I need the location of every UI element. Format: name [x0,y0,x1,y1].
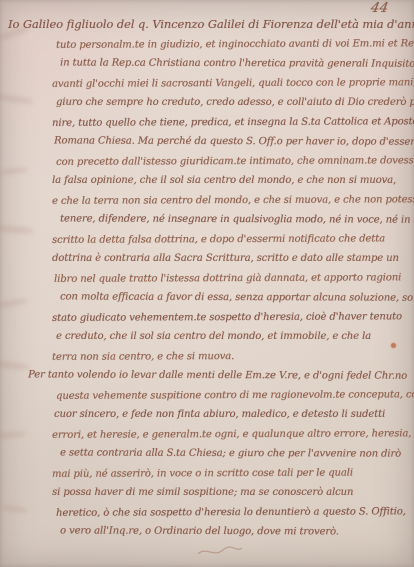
manuscript-line: e che la terra non sia centro del mondo,… [52,190,414,211]
manuscript-line: Romana Chiesa. Ma perché da questo S. Of… [54,131,414,152]
manuscript-line: avanti gl'occhi miei li sacrosanti Vange… [52,73,414,94]
manuscript-line: con precetto dall'istesso giuridicam.te … [56,151,414,172]
manuscript-line: o vero all'Inq.re, o Ordinario del luogo… [60,521,414,542]
manuscript-line: la falsa opinione, che il sol sia centro… [52,171,414,191]
show-through-mark [0,360,30,371]
manuscript-line: e setta contraria alla S.ta Chiesa; e gi… [60,443,414,464]
manuscript-page-photo: 44 Io Galileo figliuolo del q. Vincenzo … [0,0,414,567]
manuscript-line: tuto personalm.te in giudizio, et ingino… [56,34,414,55]
manuscript-line: Io Galileo figliuolo del q. Vincenzo Gal… [8,15,414,35]
show-through-mark [2,504,29,514]
show-through-mark [0,166,28,175]
manuscript-line: con molta efficacia a favor di essa, sen… [60,287,414,308]
manuscript-line: stato giudicato vehementem.te sospetto d… [52,307,414,328]
manuscript-line: in tutta la Rep.ca Christiana contro l'h… [60,53,414,74]
manuscript-line: mai più, né asserirò, in voce o in scrit… [52,463,414,484]
manuscript-line: libro nel quale tratto l'istessa dottrin… [54,268,414,289]
show-through-mark [0,225,34,235]
manuscript-line: terra non sia centro, e che si muova. [52,346,414,367]
manuscript-line: heretico, ò che sia sospetto d'heresia l… [56,502,414,523]
manuscript-line: Per tanto volendo io levar dalle menti d… [28,365,414,386]
folio-number: 44 [369,0,389,16]
show-through-mark [0,431,26,440]
manuscript-line: scritto la detta falsa dottrina, e dopo … [52,229,414,250]
pen-flourish-icon [196,544,244,558]
show-through-mark [0,297,28,308]
manuscript-line: giuro che sempre ho creduto, credo adess… [56,93,414,113]
manuscript-line: errori, et heresie, e generalm.te ogni, … [52,424,414,445]
manuscript-line: si possa haver di me simil sospitione; m… [52,483,414,503]
manuscript-line: e creduto, che il sol sia centro del mon… [56,327,414,347]
manuscript-lines: Io Galileo figliuolo del q. Vincenzo Gal… [52,15,414,542]
ink-stain-dot [391,343,396,348]
manuscript-line: dottrina è contraria alla Sacra Scrittur… [52,249,414,269]
manuscript-line: cuor sincero, e fede non finta abiuro, m… [54,405,414,425]
show-through-mark [0,93,34,105]
manuscript-line: questa vehemente suspitione contro di me… [56,385,414,406]
manuscript-line: tenere, difendere, né insegnare in quals… [60,209,414,230]
manuscript-line: nire, tutto quello che tiene, predica, e… [52,112,414,133]
